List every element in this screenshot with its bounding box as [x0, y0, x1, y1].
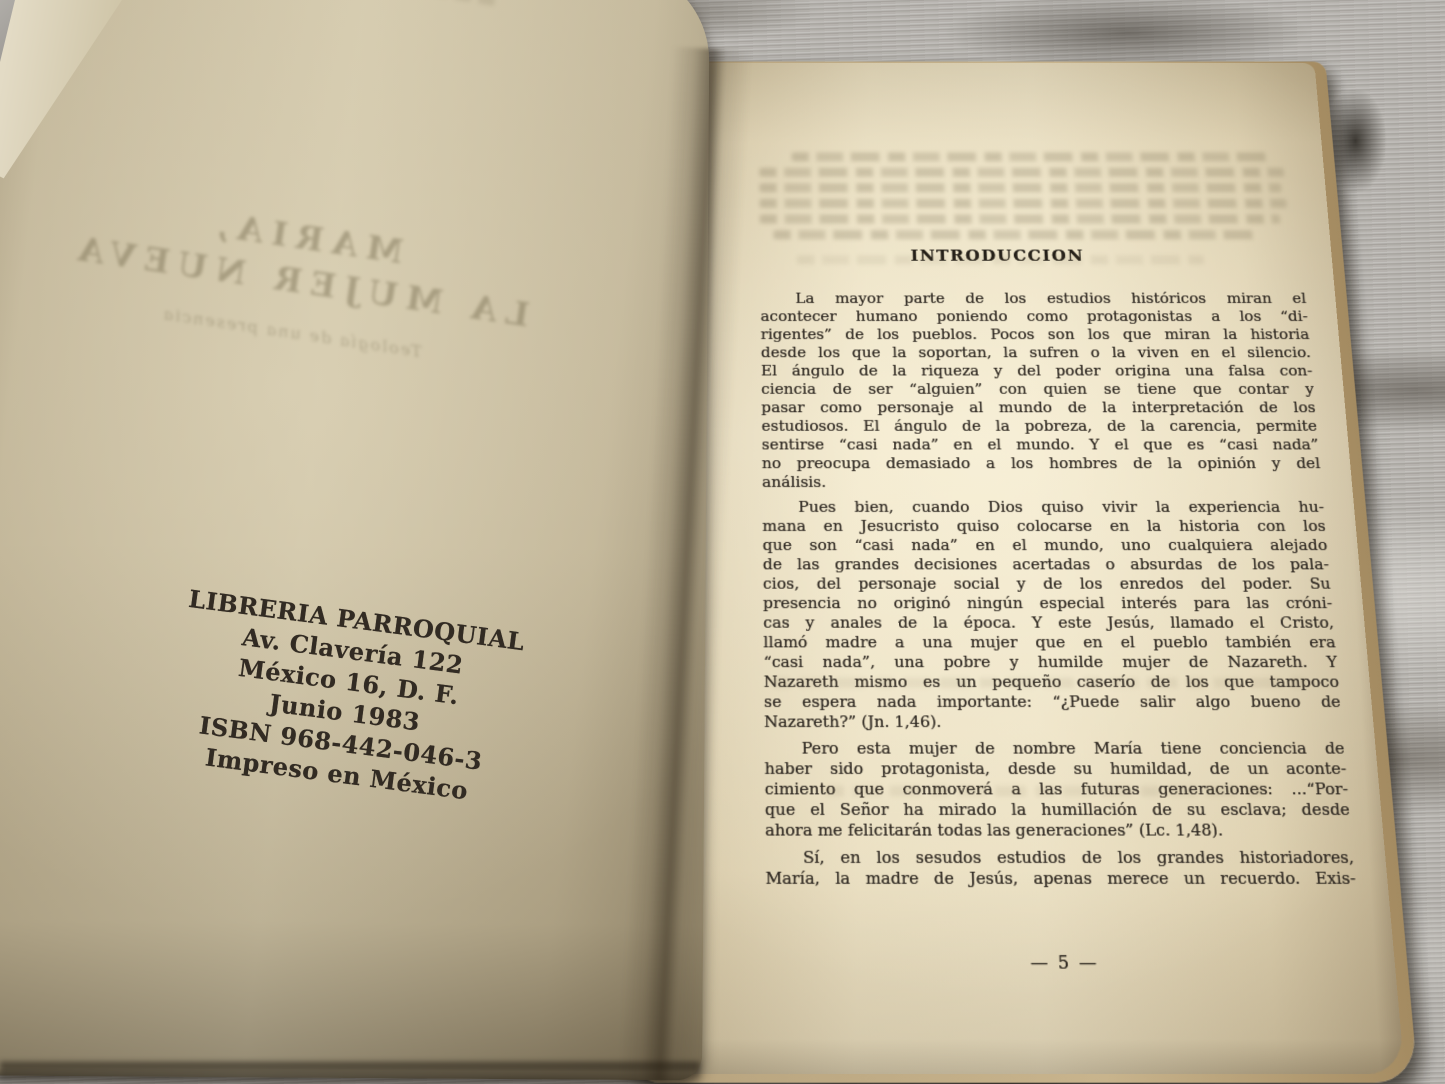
photo-open-book: INTRODUCCION La mayor parte de los estud…: [0, 0, 1445, 1084]
text-line: cios, del personaje social y de los enre…: [763, 574, 1332, 593]
show-through-line: [773, 230, 1256, 239]
text-line: presencia no originó ningún especial int…: [763, 594, 1333, 613]
right-page-text-block: INTRODUCCION La mayor parte de los estud…: [759, 152, 1364, 973]
paragraph-2: Pues bien, cuando Dios quiso vivir la ex…: [762, 498, 1343, 732]
book-right-page: INTRODUCCION La mayor parte de los estud…: [635, 63, 1404, 1074]
text-line: análisis.: [762, 473, 1323, 492]
show-through-line: [797, 255, 1205, 264]
show-through-title: MARIA, LA MUJER NUEVA Teología de una pr…: [13, 175, 586, 382]
text-line: María, la madre de Jesús, apenas merece …: [765, 868, 1356, 889]
text-line: Nazareth?” (Jn. 1,46).: [764, 712, 1343, 732]
text-line: que son “casi nada” en el mundo, uno cua…: [762, 536, 1328, 555]
text-line: El ángulo de la riqueza y del poder orig…: [761, 362, 1313, 380]
text-line: Pero esta mujer de nombre María tiene co…: [764, 739, 1345, 759]
text-line: La mayor parte de los estudios histórico…: [760, 290, 1307, 308]
paragraph-1: La mayor parte de los estudios histórico…: [760, 290, 1322, 492]
text-line: se espera nada importante: “¿Puede salir…: [764, 692, 1342, 712]
text-line: no preocupa demasiado a los hombres de l…: [762, 454, 1321, 473]
text-line: llamó madre a una mujer que en el pueblo…: [763, 633, 1336, 653]
show-through-line: [792, 152, 1268, 161]
text-line: Pues bien, cuando Dios quiso vivir la ex…: [762, 498, 1325, 517]
text-line: cas y anales de la época. Y este Jesús, …: [763, 613, 1335, 633]
show-through-line: [825, 786, 1274, 797]
paragraph-4: Sí, en los sesudos estudios de los grand…: [765, 848, 1356, 890]
show-through-line: [759, 199, 1286, 208]
text-line: pasar como personaje al mundo de la inte…: [761, 399, 1316, 417]
publisher-imprint: LIBRERIA PARROQUIALAv. Clavería 122Méxic…: [87, 573, 607, 822]
show-through-line: [772, 678, 1307, 688]
text-line: sentirse “casi nada” en el mundo. Y el q…: [762, 436, 1320, 455]
show-through-line: [759, 168, 1284, 177]
text-line: haber sido protagonista, desde su humild…: [764, 759, 1347, 779]
text-line: desde los que la soportan, la sufren o l…: [761, 344, 1312, 362]
show-through-text-block: [759, 152, 1301, 239]
text-line: mana en Jesucristo quiso colocarse en la…: [762, 517, 1326, 536]
show-through-line: [759, 183, 1281, 192]
page-number: — 5 —: [766, 952, 1364, 973]
book-left-page: MARIA, LA MUJER NUEVA Teología de una pr…: [0, 0, 710, 1080]
text-line: ahora me felicitarán todas las generacio…: [765, 820, 1352, 841]
book-bottom-shadow: [0, 1062, 700, 1084]
text-line: ciencia de ser “alguien” con quien se ti…: [761, 380, 1315, 398]
text-line: rigentes” de los pueblos. Pocos son los …: [761, 326, 1310, 344]
text-line: que el Señor ha mirado la humillación de…: [765, 800, 1351, 821]
text-line: estudiosos. El ángulo de la pobreza, de …: [761, 417, 1317, 436]
text-line: de las grandes decisiones acertadas o ab…: [763, 555, 1330, 574]
show-through-mark: [312, 0, 501, 7]
text-line: Sí, en los sesudos estudios de los grand…: [765, 848, 1355, 869]
show-through-line: [760, 214, 1281, 223]
text-line: “casi nada”, una pobre y humilde mujer d…: [763, 653, 1338, 673]
text-line: acontecer humano poniendo como protagoni…: [760, 308, 1308, 326]
